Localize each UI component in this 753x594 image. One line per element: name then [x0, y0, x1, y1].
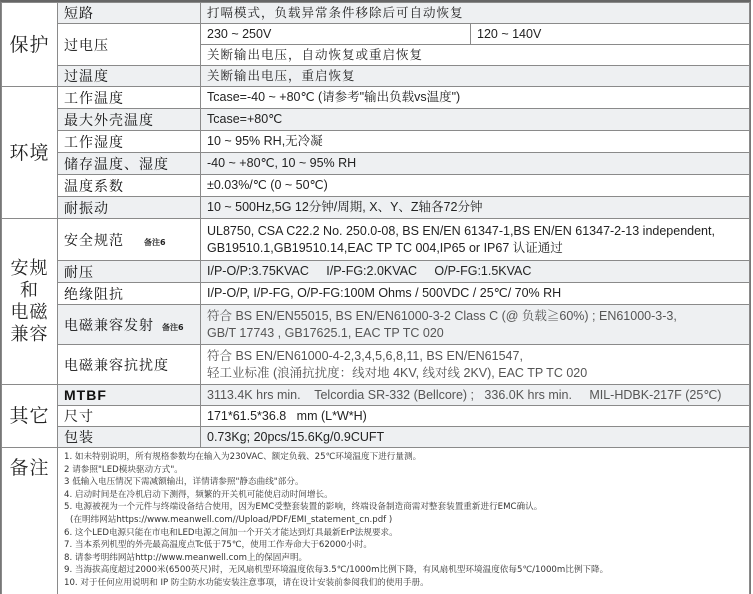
value-withstand-voltage: I/P-O/P:3.75KVAC I/P-FG:2.0KVAC O/P-FG:1…: [201, 261, 750, 283]
label-vibration: 耐振动: [58, 197, 201, 219]
label-mtbf-text: MTBF: [64, 387, 107, 403]
note-reference-6: 备注6: [162, 323, 184, 332]
label-safety-standards-text: 安全规范: [64, 233, 124, 249]
value-safety-standards-line-2: GB19510.1,GB19510.14,EAC TP TC 004,IP65 …: [207, 240, 743, 257]
row-over-voltage-range: 过电压 230 ~ 250V 120 ~ 140V: [2, 24, 750, 45]
value-over-voltage-action: 关断输出电压，自动恢复或重启恢复: [201, 45, 750, 66]
value-emc-emission-line-1: 符合 BS EN/EN55015, BS EN/EN61000-3-2 Clas…: [207, 308, 743, 325]
row-mtbf: 其它 MTBF 3113.4K hrs min. Telcordia SR-33…: [2, 385, 750, 406]
value-working-temp: Tcase=-40 ~ +80℃ (请参考"输出负载vs温度"): [201, 87, 750, 109]
row-notes: 备注 1. 如未特别说明，所有规格参数均在输入为230VAC、额定负载、25℃环…: [2, 448, 750, 594]
value-dimension: 171*61.5*36.8 mm (L*W*H): [201, 406, 750, 427]
spec-table: 保护 短路 打嗝模式，负载异常条件移除后可自动恢复 过电压 230 ~ 250V…: [1, 2, 750, 594]
label-emc-emission: 电磁兼容发射备注6: [58, 305, 201, 345]
row-packing: 包装 0.73Kg; 20pcs/15.6Kg/0.9CUFT: [2, 427, 750, 448]
row-withstand-voltage: 耐压 I/P-O/P:3.75KVAC I/P-FG:2.0KVAC O/P-F…: [2, 261, 750, 283]
value-emc-emission-line-2: GB/T 17743 , GB17625.1, EAC TP TC 020: [207, 325, 743, 342]
value-over-voltage-120: 120 ~ 140V: [471, 24, 750, 45]
row-emc-immunity: 电磁兼容抗扰度 符合 BS EN/EN61000-4-2,3,4,5,6,8,1…: [2, 345, 750, 385]
row-env-5: 耐振动 10 ~ 500Hz,5G 12分钟/周期, X、Y、Z轴各72分钟: [2, 197, 750, 219]
row-short-circuit: 保护 短路 打嗝模式，负载异常条件移除后可自动恢复: [2, 3, 750, 24]
category-notes: 备注: [2, 448, 58, 594]
label-working-humidity: 工作湿度: [58, 131, 201, 153]
label-over-temperature: 过温度: [58, 66, 201, 87]
note-item-7: 7. 当本系列机型的外壳最高温度点Tc低于75℃，使用工作寿命大于62000小时…: [64, 539, 743, 552]
category-environment: 环境: [2, 87, 58, 219]
value-emc-immunity: 符合 BS EN/EN61000-4-2,3,4,5,6,8,11, BS EN…: [201, 345, 750, 385]
row-dimension: 尺寸 171*61.5*36.8 mm (L*W*H): [2, 406, 750, 427]
note-item-5: 5. 电源被视为一个元件与终端设备结合使用，因为EMC受整套装置的影响，终端设备…: [64, 501, 743, 514]
value-safety-standards: UL8750, CSA C22.2 No. 250.0-08, BS EN/EN…: [201, 219, 750, 261]
row-env-4: 温度系数 ±0.03%/℃ (0 ~ 50℃): [2, 175, 750, 197]
value-storage-temp-humidity: -40 ~ +80℃, 10 ~ 95% RH: [201, 153, 750, 175]
value-isolation-resistance: I/P-O/P, I/P-FG, O/P-FG:100M Ohms / 500V…: [201, 283, 750, 305]
category-safety-emc-line-1: 安规: [8, 258, 51, 280]
value-emc-immunity-line-1: 符合 BS EN/EN61000-4-2,3,4,5,6,8,11, BS EN…: [207, 348, 743, 365]
row-isolation-resistance: 绝缘阻抗 I/P-O/P, I/P-FG, O/P-FG:100M Ohms /…: [2, 283, 750, 305]
value-working-humidity: 10 ~ 95% RH,无冷凝: [201, 131, 750, 153]
value-emc-emission: 符合 BS EN/EN55015, BS EN/EN61000-3-2 Clas…: [201, 305, 750, 345]
label-working-temp: 工作温度: [58, 87, 201, 109]
note-item-3: 3 低输入电压情况下需减额输出，详情请参照"静态曲线"部分。: [64, 476, 743, 489]
row-env-0: 环境 工作温度 Tcase=-40 ~ +80℃ (请参考"输出负载vs温度"): [2, 87, 750, 109]
notes-list: 1. 如未特别说明，所有规格参数均在输入为230VAC、额定负载、25℃环境温度…: [58, 448, 750, 594]
note-item-10: 10. 对于任何应用说明和 IP 防尘防水功能安装注意事项，请在设计安装前参阅我…: [64, 577, 743, 590]
row-safety-standards: 安规 和 电磁 兼容 安全规范备注6 UL8750, CSA C22.2 No.…: [2, 219, 750, 261]
value-vibration: 10 ~ 500Hz,5G 12分钟/周期, X、Y、Z轴各72分钟: [201, 197, 750, 219]
label-packing: 包装: [58, 427, 201, 448]
category-others: 其它: [2, 385, 58, 448]
label-short-circuit: 短路: [58, 3, 201, 24]
note-item-4: 4. 启动时间是在冷机启动下测得，频繁的开关机可能使启动时间增长。: [64, 489, 743, 502]
label-storage-temp-humidity: 储存温度、湿度: [58, 153, 201, 175]
label-dimension: 尺寸: [58, 406, 201, 427]
value-over-temperature: 关断输出电压，重启恢复: [201, 66, 750, 87]
label-isolation-resistance: 绝缘阻抗: [58, 283, 201, 305]
row-env-3: 储存温度、湿度 -40 ~ +80℃, 10 ~ 95% RH: [2, 153, 750, 175]
note-item-5-link: (在明纬网站https://www.meanwell.com//Upload/P…: [64, 514, 743, 527]
label-temp-coefficient: 温度系数: [58, 175, 201, 197]
row-env-1: 最大外壳温度 Tcase=+80℃: [2, 109, 750, 131]
category-safety-emc: 安规 和 电磁 兼容: [2, 219, 58, 385]
note-item-8: 8. 请参考明纬网站http://www.meanwell.com上的保固声明。: [64, 552, 743, 565]
value-emc-immunity-line-2: 轻工业标准 (浪涌抗扰度：线对地 4KV, 线对线 2KV), EAC TP T…: [207, 365, 743, 382]
label-emc-emission-text: 电磁兼容发射: [64, 318, 154, 334]
note-item-6: 6. 这个LED电源只能在市电和LED电源之间加一个开关才能达到灯具最新ErP法…: [64, 527, 743, 540]
value-over-voltage-230: 230 ~ 250V: [201, 24, 471, 45]
value-mtbf: 3113.4K hrs min. Telcordia SR-332 (Bellc…: [201, 385, 750, 406]
note-item-1: 1. 如未特别说明，所有规格参数均在输入为230VAC、额定负载、25℃环境温度…: [64, 451, 743, 464]
category-safety-emc-line-2: 和: [8, 280, 51, 302]
row-emc-emission: 电磁兼容发射备注6 符合 BS EN/EN55015, BS EN/EN6100…: [2, 305, 750, 345]
note-reference-6: 备注6: [144, 238, 166, 247]
label-mtbf: MTBF: [58, 385, 201, 406]
label-withstand-voltage: 耐压: [58, 261, 201, 283]
value-short-circuit: 打嗝模式，负载异常条件移除后可自动恢复: [201, 3, 750, 24]
category-protection: 保护: [2, 3, 58, 87]
value-temp-coefficient: ±0.03%/℃ (0 ~ 50℃): [201, 175, 750, 197]
label-safety-standards: 安全规范备注6: [58, 219, 201, 261]
label-over-voltage: 过电压: [58, 24, 201, 66]
spec-sheet: 保护 短路 打嗝模式，负载异常条件移除后可自动恢复 过电压 230 ~ 250V…: [0, 0, 751, 594]
category-safety-emc-line-4: 兼容: [8, 324, 51, 346]
label-emc-immunity: 电磁兼容抗扰度: [58, 345, 201, 385]
value-max-case-temp: Tcase=+80℃: [201, 109, 750, 131]
note-item-2: 2 请参照"LED模块驱动方式"。: [64, 464, 743, 477]
note-item-9: 9. 当海拔高度超过2000米(6500英尺)时，无风扇机型环境温度依每3.5℃…: [64, 564, 743, 577]
label-max-case-temp: 最大外壳温度: [58, 109, 201, 131]
row-over-temperature: 过温度 关断输出电压，重启恢复: [2, 66, 750, 87]
value-packing: 0.73Kg; 20pcs/15.6Kg/0.9CUFT: [201, 427, 750, 448]
value-safety-standards-line-1: UL8750, CSA C22.2 No. 250.0-08, BS EN/EN…: [207, 223, 743, 240]
row-env-2: 工作湿度 10 ~ 95% RH,无冷凝: [2, 131, 750, 153]
category-safety-emc-line-3: 电磁: [8, 302, 51, 324]
